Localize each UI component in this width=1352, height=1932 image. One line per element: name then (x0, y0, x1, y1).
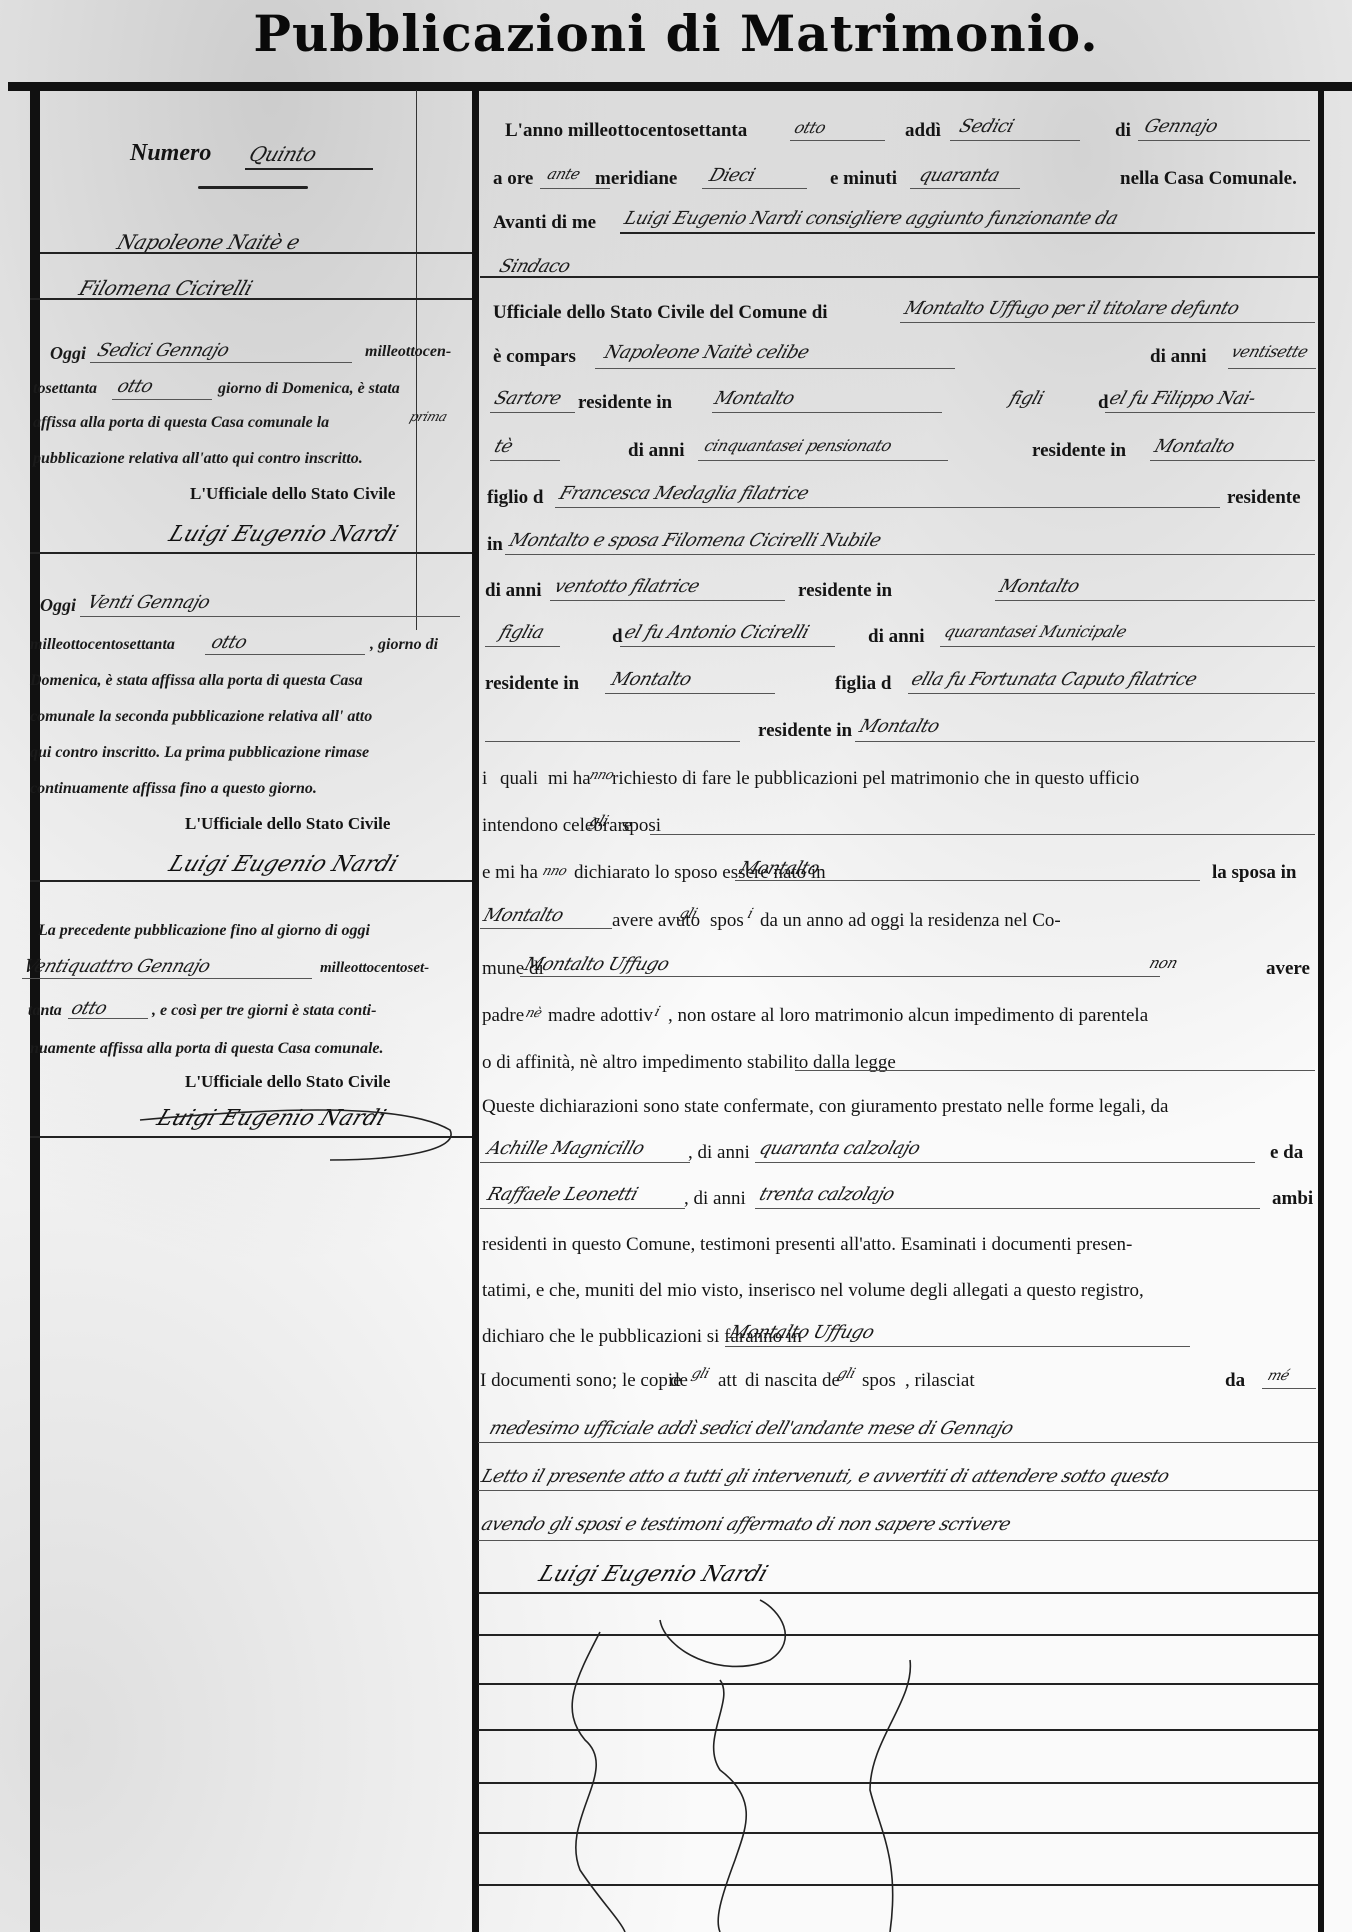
final-note-officer-label: L'Ufficiale dello Stato Civile (185, 1072, 390, 1092)
r13-residence: Montalto (609, 669, 694, 690)
r19-rule (520, 976, 1160, 977)
r24-witness2-age: trenta calzolajo (757, 1184, 897, 1205)
r12-father: el fu Antonio Cicirelli (622, 622, 812, 643)
r6-b: di anni (1150, 346, 1207, 368)
r11-residence: Montalto (997, 576, 1082, 597)
r2-ante: ante (545, 165, 582, 183)
r15-quali: quali (500, 768, 538, 790)
second-pub-officer-label: L'Ufficiale dello Stato Civile (185, 814, 390, 834)
r1-year: otto (792, 118, 828, 137)
r11-residence-rule (995, 600, 1315, 601)
r16-a: intendono celebrare (482, 815, 632, 837)
final-note-year-rule (68, 1018, 148, 1019)
r15-c: richiesto di fare le pubblicazioni pel m… (612, 768, 1139, 790)
r23-age-rule (755, 1162, 1255, 1163)
blank-line-3 (478, 1683, 1318, 1685)
r19-b: avere (1266, 958, 1310, 980)
r18-c: da un anno ad oggi la residenza nel Co- (760, 910, 1061, 932)
first-pub-line2-tail: giorno di Domenica, è stata (218, 380, 400, 398)
final-note-line3-tail: , e così per tre giorni è stata conti- (152, 1002, 376, 1020)
r10-value: Montalto e sposa Filomena Cicirelli Nubi… (507, 530, 884, 551)
r17-c: la sposa in (1212, 862, 1296, 884)
r23-a: , di anni (688, 1142, 750, 1164)
r28-c: att (718, 1370, 737, 1392)
second-pub-year: otto (209, 632, 250, 653)
first-pub-line2-prefix: tosettanta (33, 380, 97, 398)
r2-minutes: quaranta (917, 165, 1003, 186)
r20-a: padre (482, 1005, 524, 1027)
r11-age-rule (550, 600, 785, 601)
numero-flourish (198, 186, 308, 189)
r8-age-rule (698, 460, 948, 461)
r1-c: di (1115, 120, 1131, 142)
first-pub-year: otto (115, 376, 156, 397)
r13-mother-rule (908, 693, 1315, 694)
r24-b: ambi (1272, 1188, 1313, 1210)
r30-text: Letto il presente atto a tutti gli inter… (479, 1466, 1172, 1487)
r12-b: di anni (868, 626, 925, 648)
r6-age-rule (1228, 368, 1316, 369)
r12-figlia: figlia (497, 622, 547, 643)
r20-c: , non ostare al loro matrimonio alcun im… (668, 1005, 1148, 1027)
frame-right-border (1318, 90, 1324, 1932)
first-pub-line1-tail: milleottocen- (365, 343, 451, 361)
first-pub-signature: Luigi Eugenio Nardi (165, 522, 401, 547)
r7-a: residente in (578, 392, 672, 414)
r5-comune: Montalto Uffugo per il titolare defunto (902, 298, 1242, 319)
r31-rule (478, 1540, 1318, 1541)
r11-a: di anni (485, 580, 542, 602)
blank-line-2 (478, 1634, 1318, 1636)
final-note-line2-tail: milleottocentoset- (320, 960, 429, 977)
final-note-year: otto (69, 998, 110, 1019)
blank-line-4 (478, 1729, 1318, 1731)
r1-a: L'anno milleottocentosettanta (505, 120, 747, 142)
r13-mother: ella fu Fortunata Caputo filatrice (909, 669, 1200, 690)
r7-residence-rule (712, 412, 942, 413)
second-pub-line6: continuamente affissa fino a questo gior… (30, 780, 317, 798)
first-pub-separator (30, 552, 472, 554)
names-line-2-rule (30, 298, 472, 300)
r2-hour-rule (702, 188, 807, 189)
r1-day-rule (950, 140, 1080, 141)
r8-father-age: cinquantasei pensionato (702, 436, 894, 455)
r8-residence: Montalto (1152, 436, 1237, 457)
r12-father-age: quarantasei Municipale (942, 622, 1129, 641)
first-pub-officer-label: L'Ufficiale dello Stato Civile (190, 484, 395, 504)
r28-e: spos (862, 1370, 896, 1392)
r14-residence-rule (855, 741, 1315, 742)
r8-a: di anni (628, 440, 685, 462)
r3-a: Avanti di me (493, 212, 596, 234)
r18-bride-birthplace: Montalto (481, 905, 566, 926)
r7-father-rule (1105, 412, 1315, 413)
r4-title: Sindaco (497, 256, 573, 277)
r8-residence-rule (1150, 460, 1315, 461)
second-pub-line2-tail: , giorno di (370, 636, 438, 654)
blank-line-6 (478, 1832, 1318, 1834)
r14-a: residente in (758, 720, 852, 742)
r6-groom: Napoleone Naitè celibe (602, 342, 812, 363)
r7-b: figli (1007, 388, 1047, 409)
r13-b: figlia d (835, 673, 891, 695)
r12-father-rule (620, 646, 835, 647)
r2-b: meridiane (595, 168, 677, 190)
r17-groom-birthplace: Montalto (737, 858, 822, 879)
final-note-line4: nuamente affissa alla porta di questa Ca… (30, 1040, 384, 1058)
frame-top-line (8, 82, 1352, 91)
second-pub-date-rule (80, 616, 460, 617)
final-note-date-rule (22, 978, 312, 979)
r4-rule (480, 276, 1320, 278)
r24-witness2: Raffaele Leonetti (485, 1184, 641, 1205)
r23-witness1-age: quaranta calzolajo (757, 1138, 923, 1159)
r6-age: ventisette (1229, 342, 1311, 361)
second-pub-year-rule (205, 654, 365, 655)
r14-lead-rule (485, 741, 740, 742)
r30-rule (478, 1490, 1318, 1491)
r2-a: a ore (493, 168, 533, 190)
r1-month: Gennajo (1142, 116, 1221, 137)
second-pub-oggi-label: Oggi (40, 595, 76, 616)
r16-rule (650, 834, 1315, 835)
r17-nno: nno (541, 864, 569, 879)
r27-place: Montalto Uffugo (727, 1322, 877, 1343)
numero-value: Quinto (246, 142, 319, 166)
first-pub-year-rule (112, 399, 212, 400)
final-note-separator (30, 1136, 472, 1138)
names-line-1: Napoleone Naitè e (114, 230, 303, 254)
right-signature: Luigi Eugenio Nardi (535, 1562, 771, 1587)
r20-b: madre adottiv (548, 1005, 653, 1027)
r29-text: medesimo ufficiale addì sedici dell'anda… (487, 1418, 1016, 1439)
r2-c: e minuti (830, 168, 897, 190)
r5-a: Ufficiale dello Stato Civile del Comune … (493, 302, 828, 324)
final-note-signature: Luigi Eugenio Nardi (153, 1106, 389, 1131)
r7-residence: Montalto (712, 388, 797, 409)
r28-g: da (1225, 1370, 1245, 1392)
first-pub-ordinal: prima (408, 410, 449, 425)
second-pub-line4: comunale la seconda pubblicazione relati… (30, 708, 372, 726)
r22-a: Queste dichiarazioni sono state conferma… (482, 1096, 1168, 1118)
r9-mother: Francesca Medaglia filatrice (557, 483, 812, 504)
r10-rule (505, 554, 1315, 555)
column-divider (472, 90, 479, 1932)
r6-groom-rule (595, 368, 955, 369)
r7-father: el fu Filippo Nai- (1107, 388, 1259, 409)
r9-a: figlio d (487, 487, 543, 509)
r7-occupation: Sartore (492, 388, 564, 409)
r14-residence: Montalto (857, 716, 942, 737)
r29-rule (478, 1442, 1318, 1443)
r15-b: mi ha (548, 768, 591, 790)
r24-witness2-rule (480, 1208, 685, 1209)
second-pub-separator (30, 880, 472, 882)
r8-b: residente in (1032, 440, 1126, 462)
r13-a: residente in (485, 673, 579, 695)
r28-b: de (670, 1370, 688, 1392)
r2-d: nella Casa Comunale. (1120, 168, 1297, 190)
r23-witness1-rule (480, 1162, 690, 1163)
second-pub-line3: Domenica, è stata affissa alla porta di … (30, 672, 363, 690)
r11-age: ventotto filatrice (552, 576, 703, 597)
first-pub-line3: affissa alla porta di questa Casa comuna… (33, 414, 329, 432)
r12-figlia-rule (485, 646, 560, 647)
r24-age-rule (755, 1208, 1260, 1209)
r1-year-rule (790, 140, 885, 141)
r21-rule (795, 1070, 1315, 1071)
r11-b: residente in (798, 580, 892, 602)
r19-comune: Montalto Uffugo (522, 954, 672, 975)
r5-rule (900, 322, 1315, 323)
r9-mother-rule (555, 507, 1220, 508)
final-note-line1: La precedente pubblicazione fino al gior… (38, 922, 370, 940)
r3-officer: Luigi Eugenio Nardi consigliere aggiunto… (622, 208, 1121, 229)
r28-f: , rilasciat (905, 1370, 975, 1392)
second-pub-line2-prefix: milleottocentosettanta (30, 636, 175, 654)
r28-d: di nascita de (745, 1370, 840, 1392)
names-line-1-rule (40, 252, 472, 254)
numero-underline (245, 168, 373, 170)
r28-a: I documenti sono; le copie (480, 1370, 682, 1392)
r13-residence-rule (605, 693, 775, 694)
document-title: Pubblicazioni di Matrimonio. (0, 4, 1352, 63)
r3-rule (620, 232, 1315, 234)
r18-b: spos (710, 910, 744, 932)
second-pub-signature: Luigi Eugenio Nardi (165, 852, 401, 877)
second-pub-date: Venti Gennajo (85, 592, 213, 613)
r7-occupation-rule (490, 412, 575, 413)
blank-line-1 (478, 1592, 1318, 1594)
r25-a: residenti in questo Comune, testimoni pr… (482, 1234, 1132, 1256)
first-pub-oggi-label: Oggi (50, 343, 86, 364)
first-pub-date: Sedici Gennajo (95, 340, 232, 361)
r17-birthplace-rule (735, 880, 1200, 881)
r12-a: d (612, 626, 623, 648)
r26-a: tatimi, e che, muniti del mio visto, ins… (482, 1280, 1144, 1302)
r17-a: e mi ha (482, 862, 538, 884)
blank-line-7 (478, 1884, 1318, 1886)
r24-a: , di anni (684, 1188, 746, 1210)
r10-a: in (487, 534, 503, 556)
first-pub-date-rule (90, 362, 352, 363)
r12-father-age-rule (940, 646, 1315, 647)
r7-c: d (1098, 392, 1109, 414)
names-line-2: Filomena Cicirelli (76, 276, 255, 300)
r28-rule (1262, 1388, 1316, 1389)
r2-hour: Dieci (707, 165, 758, 186)
first-pub-line4: pubblicazione relativa all'atto qui cont… (33, 450, 363, 468)
final-note-date: Ventiquattro Gennajo (21, 956, 213, 977)
r9-b: residente (1227, 487, 1301, 509)
r27-rule (725, 1346, 1190, 1347)
r1-month-rule (1138, 140, 1310, 141)
r6-a: è compars (493, 346, 576, 368)
r23-b: e da (1270, 1142, 1303, 1164)
r23-witness1: Achille Magnicillo (485, 1138, 647, 1159)
r2-minutes-rule (910, 188, 1020, 189)
second-pub-line5: qui contro inscritto. La prima pubblicaz… (30, 744, 369, 762)
blank-line-5 (478, 1782, 1318, 1784)
final-note-line3-prefix: tanta (28, 1002, 62, 1020)
r31-text: avendo gli sposi e testimoni affermato d… (479, 1514, 1014, 1535)
r1-day: Sedici (957, 116, 1017, 137)
numero-label: Numero (130, 140, 211, 167)
r1-b: addì (905, 120, 941, 142)
r18-birthplace-rule (480, 928, 612, 929)
r8-cont-rule (490, 460, 560, 461)
r15-a: i (482, 768, 487, 790)
